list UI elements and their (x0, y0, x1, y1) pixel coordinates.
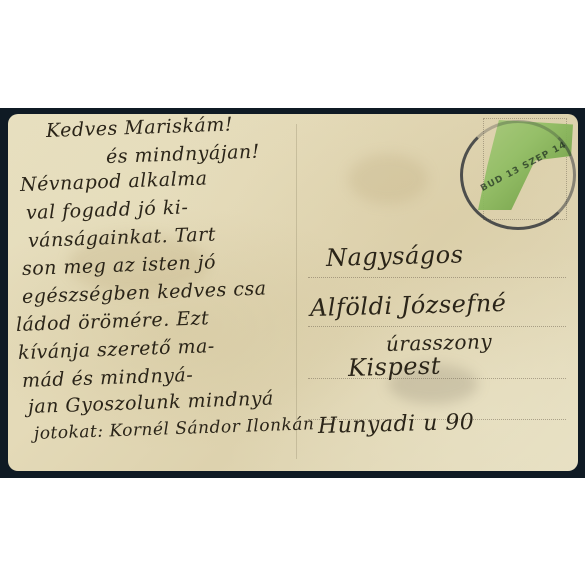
message-line: Névnapod alkalma (20, 167, 208, 196)
address-street: Hunyadi u 90 (318, 410, 475, 439)
message-line: ládod örömére. Ezt (16, 307, 210, 336)
address-recipient-name: Alföldi Józsefné (310, 289, 507, 322)
message-line: egészségben kedves csa (22, 277, 267, 308)
message-line: Kedves Mariskám! (46, 114, 234, 142)
message-line: kívánja szerető ma- (18, 335, 216, 364)
message-line: mád és mindnyá- (22, 364, 194, 392)
message-line: jan Gyoszolunk mindnyá (28, 387, 275, 418)
postcard: BUD 13 SZEP 14 Kedves Mariskám! és mindn… (8, 114, 578, 471)
address-city: Kispest (348, 352, 442, 382)
message-line: és mindnyájan! (106, 141, 261, 168)
address-line (308, 326, 566, 327)
address-salutation: Nagyságos (326, 240, 464, 272)
center-divider-line (296, 124, 297, 459)
message-line: val fogadd jó ki- (26, 196, 189, 224)
paper-stain (348, 154, 428, 204)
address-line (308, 277, 566, 278)
signature-line: jotokat: Kornél Sándor Ilonkán (34, 414, 315, 444)
